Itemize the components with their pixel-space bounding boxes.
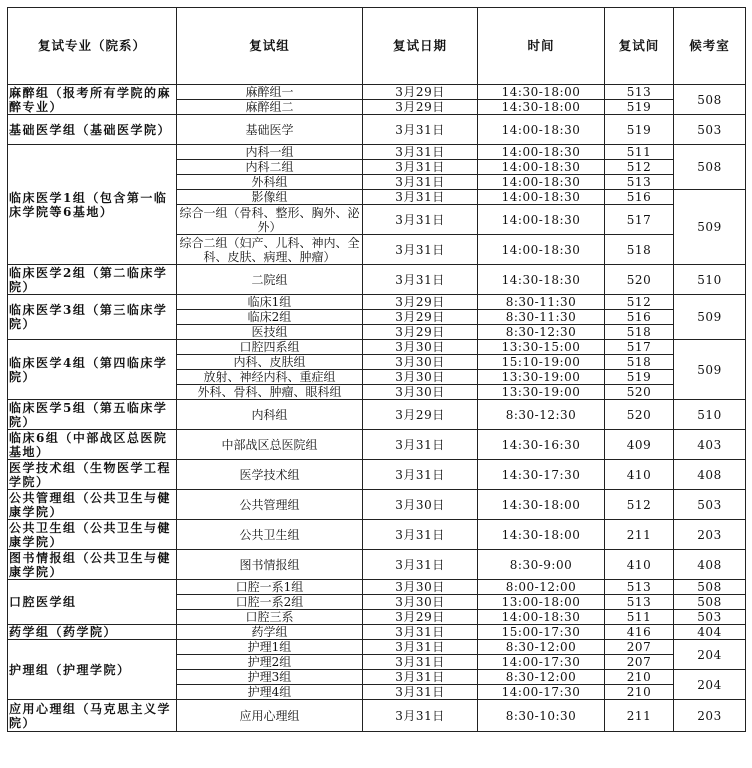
major-cell: 应用心理组（马克思主义学院） — [8, 700, 177, 732]
group-cell: 临床1组 — [177, 295, 363, 310]
date-cell: 3月31日 — [363, 685, 478, 700]
room-cell: 516 — [605, 190, 674, 205]
date-cell: 3月31日 — [363, 205, 478, 235]
time-cell: 8:30-11:30 — [478, 310, 605, 325]
waiting-room-cell: 509 — [674, 340, 746, 400]
date-cell: 3月31日 — [363, 265, 478, 295]
waiting-room-cell: 204 — [674, 640, 746, 670]
time-cell: 14:30-18:30 — [478, 265, 605, 295]
room-cell: 519 — [605, 370, 674, 385]
waiting-room-cell: 503 — [674, 490, 746, 520]
major-cell: 临床医学4组（第四临床学院） — [8, 340, 177, 400]
group-cell: 公共管理组 — [177, 490, 363, 520]
time-cell: 14:00-18:30 — [478, 190, 605, 205]
table-row: 药学组（药学院） 药学组 3月31日 15:00-17:30 416 404 — [8, 625, 746, 640]
group-cell: 公共卫生组 — [177, 520, 363, 550]
date-cell: 3月31日 — [363, 160, 478, 175]
time-cell: 8:30-12:00 — [478, 670, 605, 685]
room-cell: 410 — [605, 550, 674, 580]
table-row: 护理组（护理学院） 护理1组 3月31日 8:30-12:00 207 204 — [8, 640, 746, 655]
time-cell: 14:30-18:00 — [478, 85, 605, 100]
date-cell: 3月31日 — [363, 625, 478, 640]
date-cell: 3月30日 — [363, 595, 478, 610]
group-cell: 药学组 — [177, 625, 363, 640]
group-cell: 临床2组 — [177, 310, 363, 325]
group-cell: 内科一组 — [177, 145, 363, 160]
time-cell: 14:00-18:30 — [478, 235, 605, 265]
group-cell: 外科组 — [177, 175, 363, 190]
header-date: 复试日期 — [363, 8, 478, 85]
date-cell: 3月29日 — [363, 310, 478, 325]
date-cell: 3月31日 — [363, 655, 478, 670]
table-row: 应用心理组（马克思主义学院） 应用心理组 3月31日 8:30-10:30 21… — [8, 700, 746, 732]
time-cell: 13:30-15:00 — [478, 340, 605, 355]
room-cell: 518 — [605, 325, 674, 340]
major-cell: 基础医学组（基础医学院） — [8, 115, 177, 145]
date-cell: 3月30日 — [363, 580, 478, 595]
major-cell: 公共管理组（公共卫生与健康学院） — [8, 490, 177, 520]
date-cell: 3月29日 — [363, 400, 478, 430]
group-cell: 医学技术组 — [177, 460, 363, 490]
group-cell: 麻醉组一 — [177, 85, 363, 100]
room-cell: 513 — [605, 85, 674, 100]
date-cell: 3月29日 — [363, 85, 478, 100]
time-cell: 14:00-18:30 — [478, 160, 605, 175]
room-cell: 512 — [605, 295, 674, 310]
group-cell: 护理2组 — [177, 655, 363, 670]
table-row: 基础医学组（基础医学院） 基础医学 3月31日 14:00-18:30 519 … — [8, 115, 746, 145]
time-cell: 8:30-10:30 — [478, 700, 605, 732]
room-cell: 513 — [605, 580, 674, 595]
time-cell: 15:10-19:00 — [478, 355, 605, 370]
table-row: 临床医学1组（包含第一临床学院等6基地） 内科一组 3月31日 14:00-18… — [8, 145, 746, 160]
room-cell: 210 — [605, 685, 674, 700]
waiting-room-cell: 408 — [674, 460, 746, 490]
time-cell: 14:00-18:30 — [478, 175, 605, 190]
major-cell: 公共卫生组（公共卫生与健康学院） — [8, 520, 177, 550]
date-cell: 3月30日 — [363, 490, 478, 520]
waiting-room-cell: 510 — [674, 400, 746, 430]
major-cell: 临床6组（中部战区总医院基地） — [8, 430, 177, 460]
major-cell: 护理组（护理学院） — [8, 640, 177, 700]
room-cell: 517 — [605, 340, 674, 355]
date-cell: 3月29日 — [363, 100, 478, 115]
time-cell: 13:00-18:00 — [478, 595, 605, 610]
table-row: 公共卫生组（公共卫生与健康学院） 公共卫生组 3月31日 14:30-18:00… — [8, 520, 746, 550]
room-cell: 211 — [605, 700, 674, 732]
major-cell: 医学技术组（生物医学工程学院） — [8, 460, 177, 490]
room-cell: 519 — [605, 100, 674, 115]
major-cell: 图书情报组（公共卫生与健康学院） — [8, 550, 177, 580]
major-cell: 口腔医学组 — [8, 580, 177, 625]
room-cell: 516 — [605, 310, 674, 325]
table-row: 临床医学3组（第三临床学院） 临床1组 3月29日 8:30-11:30 512… — [8, 295, 746, 310]
date-cell: 3月31日 — [363, 460, 478, 490]
room-cell: 520 — [605, 385, 674, 400]
room-cell: 512 — [605, 160, 674, 175]
header-waiting-room: 候考室 — [674, 8, 746, 85]
time-cell: 14:00-18:30 — [478, 145, 605, 160]
room-cell: 517 — [605, 205, 674, 235]
room-cell: 207 — [605, 655, 674, 670]
table-row: 临床医学4组（第四临床学院） 口腔四系组 3月30日 13:30-15:00 5… — [8, 340, 746, 355]
time-cell: 14:30-18:00 — [478, 100, 605, 115]
waiting-room-cell: 503 — [674, 610, 746, 625]
waiting-room-cell: 509 — [674, 295, 746, 340]
header-time: 时间 — [478, 8, 605, 85]
major-cell: 临床医学1组（包含第一临床学院等6基地） — [8, 145, 177, 265]
room-cell: 512 — [605, 490, 674, 520]
table-row: 口腔医学组 口腔一系1组 3月30日 8:00-12:00 513 508 — [8, 580, 746, 595]
room-cell: 207 — [605, 640, 674, 655]
group-cell: 应用心理组 — [177, 700, 363, 732]
waiting-room-cell: 203 — [674, 700, 746, 732]
waiting-room-cell: 509 — [674, 190, 746, 265]
waiting-room-cell: 510 — [674, 265, 746, 295]
date-cell: 3月31日 — [363, 430, 478, 460]
room-cell: 511 — [605, 145, 674, 160]
time-cell: 14:30-16:30 — [478, 430, 605, 460]
room-cell: 518 — [605, 355, 674, 370]
date-cell: 3月29日 — [363, 610, 478, 625]
group-cell: 图书情报组 — [177, 550, 363, 580]
group-cell: 口腔四系组 — [177, 340, 363, 355]
date-cell: 3月29日 — [363, 325, 478, 340]
date-cell: 3月31日 — [363, 700, 478, 732]
major-cell: 临床医学3组（第三临床学院） — [8, 295, 177, 340]
group-cell: 口腔一系1组 — [177, 580, 363, 595]
group-cell: 中部战区总医院组 — [177, 430, 363, 460]
room-cell: 513 — [605, 175, 674, 190]
date-cell: 3月30日 — [363, 385, 478, 400]
time-cell: 14:00-17:30 — [478, 685, 605, 700]
room-cell: 416 — [605, 625, 674, 640]
group-cell: 二院组 — [177, 265, 363, 295]
room-cell: 511 — [605, 610, 674, 625]
time-cell: 8:30-9:00 — [478, 550, 605, 580]
group-cell: 内科二组 — [177, 160, 363, 175]
group-cell: 综合一组（骨科、整形、胸外、泌外） — [177, 205, 363, 235]
time-cell: 14:00-17:30 — [478, 655, 605, 670]
group-cell: 放射、神经内科、重症组 — [177, 370, 363, 385]
group-cell: 影像组 — [177, 190, 363, 205]
date-cell: 3月30日 — [363, 355, 478, 370]
waiting-room-cell: 408 — [674, 550, 746, 580]
time-cell: 8:30-12:30 — [478, 325, 605, 340]
group-cell: 内科组 — [177, 400, 363, 430]
group-cell: 护理3组 — [177, 670, 363, 685]
room-cell: 410 — [605, 460, 674, 490]
room-cell: 520 — [605, 265, 674, 295]
group-cell: 综合二组（妇产、儿科、神内、全科、皮肤、病理、肿瘤） — [177, 235, 363, 265]
time-cell: 14:00-18:30 — [478, 205, 605, 235]
date-cell: 3月31日 — [363, 550, 478, 580]
table-row: 图书情报组（公共卫生与健康学院） 图书情报组 3月31日 8:30-9:00 4… — [8, 550, 746, 580]
time-cell: 14:30-17:30 — [478, 460, 605, 490]
date-cell: 3月31日 — [363, 115, 478, 145]
date-cell: 3月31日 — [363, 640, 478, 655]
header-major: 复试专业（院系） — [8, 8, 177, 85]
group-cell: 医技组 — [177, 325, 363, 340]
header-row: 复试专业（院系） 复试组 复试日期 时间 复试间 候考室 — [8, 8, 746, 85]
table-row: 临床6组（中部战区总医院基地） 中部战区总医院组 3月31日 14:30-16:… — [8, 430, 746, 460]
waiting-room-cell: 508 — [674, 580, 746, 595]
time-cell: 14:00-18:30 — [478, 610, 605, 625]
room-cell: 211 — [605, 520, 674, 550]
retest-schedule-table: 复试专业（院系） 复试组 复试日期 时间 复试间 候考室 麻醉组（报考所有学院的… — [7, 7, 746, 732]
date-cell: 3月31日 — [363, 175, 478, 190]
waiting-room-cell: 404 — [674, 625, 746, 640]
date-cell: 3月31日 — [363, 190, 478, 205]
group-cell: 护理1组 — [177, 640, 363, 655]
waiting-room-cell: 403 — [674, 430, 746, 460]
table-row: 公共管理组（公共卫生与健康学院） 公共管理组 3月30日 14:30-18:00… — [8, 490, 746, 520]
group-cell: 内科、皮肤组 — [177, 355, 363, 370]
major-cell: 临床医学2组（第二临床学院） — [8, 265, 177, 295]
table-row: 临床医学5组（第五临床学院） 内科组 3月29日 8:30-12:30 520 … — [8, 400, 746, 430]
group-cell: 麻醉组二 — [177, 100, 363, 115]
waiting-room-cell: 508 — [674, 85, 746, 115]
room-cell: 210 — [605, 670, 674, 685]
group-cell: 口腔三系 — [177, 610, 363, 625]
time-cell: 15:00-17:30 — [478, 625, 605, 640]
table-row: 临床医学2组（第二临床学院） 二院组 3月31日 14:30-18:30 520… — [8, 265, 746, 295]
waiting-room-cell: 508 — [674, 145, 746, 190]
time-cell: 14:00-18:30 — [478, 115, 605, 145]
date-cell: 3月29日 — [363, 295, 478, 310]
header-room: 复试间 — [605, 8, 674, 85]
time-cell: 8:30-12:30 — [478, 400, 605, 430]
date-cell: 3月31日 — [363, 145, 478, 160]
major-cell: 药学组（药学院） — [8, 625, 177, 640]
time-cell: 13:30-19:00 — [478, 385, 605, 400]
date-cell: 3月30日 — [363, 370, 478, 385]
waiting-room-cell: 508 — [674, 595, 746, 610]
group-cell: 外科、骨科、肿瘤、眼科组 — [177, 385, 363, 400]
waiting-room-cell: 503 — [674, 115, 746, 145]
date-cell: 3月31日 — [363, 520, 478, 550]
waiting-room-cell: 203 — [674, 520, 746, 550]
room-cell: 409 — [605, 430, 674, 460]
room-cell: 518 — [605, 235, 674, 265]
group-cell: 口腔一系2组 — [177, 595, 363, 610]
time-cell: 8:30-11:30 — [478, 295, 605, 310]
major-cell: 麻醉组（报考所有学院的麻醉专业） — [8, 85, 177, 115]
room-cell: 513 — [605, 595, 674, 610]
room-cell: 520 — [605, 400, 674, 430]
date-cell: 3月31日 — [363, 670, 478, 685]
time-cell: 14:30-18:00 — [478, 520, 605, 550]
room-cell: 519 — [605, 115, 674, 145]
time-cell: 8:00-12:00 — [478, 580, 605, 595]
time-cell: 8:30-12:00 — [478, 640, 605, 655]
header-group: 复试组 — [177, 8, 363, 85]
major-cell: 临床医学5组（第五临床学院） — [8, 400, 177, 430]
time-cell: 13:30-19:00 — [478, 370, 605, 385]
waiting-room-cell: 204 — [674, 670, 746, 700]
group-cell: 护理4组 — [177, 685, 363, 700]
time-cell: 14:30-18:00 — [478, 490, 605, 520]
table-row: 麻醉组（报考所有学院的麻醉专业） 麻醉组一 3月29日 14:30-18:00 … — [8, 85, 746, 100]
table-row: 医学技术组（生物医学工程学院） 医学技术组 3月31日 14:30-17:30 … — [8, 460, 746, 490]
date-cell: 3月30日 — [363, 340, 478, 355]
date-cell: 3月31日 — [363, 235, 478, 265]
group-cell: 基础医学 — [177, 115, 363, 145]
